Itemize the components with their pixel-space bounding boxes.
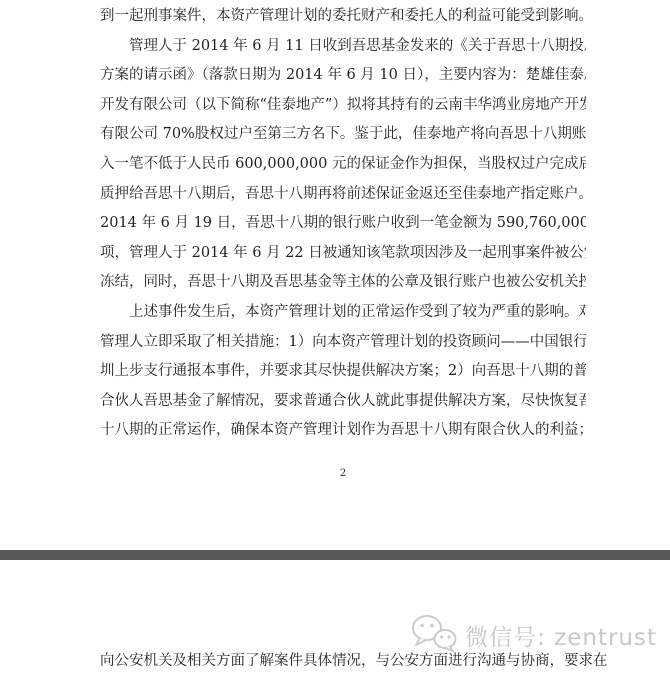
doc-line: 管理人立即采取了相关措施：1）向本资产管理计划的投资顾问——中国银行深 <box>100 328 586 358</box>
doc-line: 方案的请示函》（落款日期为 2014 年 6 月 10 日），主要内容为：楚雄佳… <box>100 61 586 91</box>
doc-line: 向公安机关及相关方面了解案件具体情况，与公安方面进行沟通与协商，要求在 <box>100 651 600 671</box>
doc-line: 开发有限公司（以下简称“佳泰地产”）拟将其持有的云南丰华鸿业房地产开发 <box>100 91 586 121</box>
doc-line: 2014 年 6 月 19 日，吾思十八期的银行账户收到一笔金额为 590,76… <box>100 209 586 239</box>
page-number: 2 <box>100 468 586 479</box>
document-page-2: 微信号: zentrust 向公安机关及相关方面了解案件具体情况，与公安方面进行… <box>0 560 670 673</box>
watermark: 微信号: zentrust <box>411 614 657 656</box>
doc-line: 项，管理人于 2014 年 6 月 22 日被通知该笔款项因涉及一起刑事案件被公… <box>100 239 586 269</box>
doc-line: 冻结，同时，吾思十八期及吾思基金等主体的公章及银行账户也被公安机关控制。 <box>100 268 586 298</box>
watermark-label: 微信号: zentrust <box>465 619 657 652</box>
doc-line: 合伙人吾思基金了解情况，要求普通合伙人就此事提供解决方案，尽快恢复吾思 <box>100 387 586 417</box>
doc-line: 入一笔不低于人民币 600,000,000 元的保证金作为担保，当股权过户完成后… <box>100 150 586 180</box>
doc-line: 有限公司 70%股权过户至第三方名下。鉴于此，佳泰地产将向吾思十八期账户划 <box>100 120 586 150</box>
document-page-1: 到一起刑事案件，本资产管理计划的委托财产和委托人的利益可能受到影响。 管理人于 … <box>0 0 670 550</box>
page-separator-bar <box>0 550 670 560</box>
doc-line: 质押给吾思十八期后，吾思十八期再将前述保证金返还至佳泰地产指定账户。 <box>100 180 586 210</box>
doc-line: 上述事件发生后，本资产管理计划的正常运作受到了较为严重的影响。对此， <box>100 298 586 328</box>
doc-line: 管理人于 2014 年 6 月 11 日收到吾思基金发来的《关于吾思十八期投后管… <box>100 32 586 62</box>
doc-line: 到一起刑事案件，本资产管理计划的委托财产和委托人的利益可能受到影响。 <box>100 2 586 32</box>
wechat-article-document-image: 到一起刑事案件，本资产管理计划的委托财产和委托人的利益可能受到影响。 管理人于 … <box>0 0 670 673</box>
wechat-icon <box>411 614 457 656</box>
page-1-text-block: 到一起刑事案件，本资产管理计划的委托财产和委托人的利益可能受到影响。 管理人于 … <box>100 2 586 446</box>
doc-line: 圳上步支行通报本事件，并要求其尽快提供解决方案；2）向吾思十八期的普通 <box>100 357 586 387</box>
doc-line: 十八期的正常运作，确保本资产管理计划作为吾思十八期有限合伙人的利益；3） <box>100 416 586 446</box>
